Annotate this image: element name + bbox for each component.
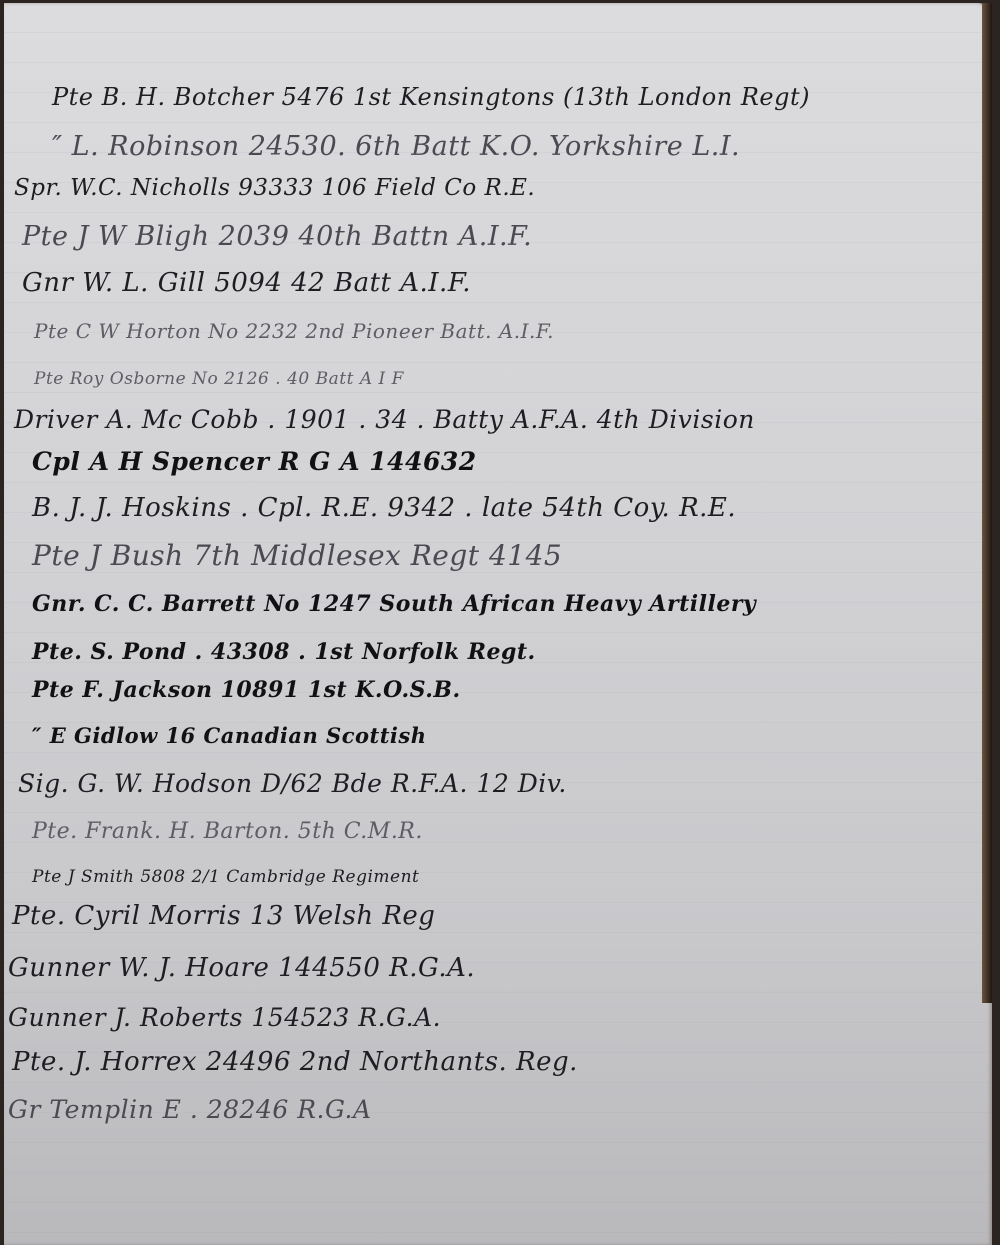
entry-line: Pte. S. Pond . 43308 . 1st Norfolk Regt. [32, 639, 536, 665]
entry-line: Gunner W. J. Hoare 144550 R.G.A. [8, 953, 475, 983]
entry-line: Pte. Cyril Morris 13 Welsh Reg [12, 901, 435, 931]
entry-line: ″ L. Robinson 24530. 6th Batt K.O. Yorks… [52, 131, 740, 162]
entry-line: Gr Templin E . 28246 R.G.A [8, 1095, 372, 1124]
entry-line: Spr. W.C. Nicholls 93333 106 Field Co R.… [14, 175, 535, 201]
register-page: Pte B. H. Botcher 5476 1st Kensingtons (… [4, 3, 992, 1245]
entry-line: Gnr. C. C. Barrett No 1247 South African… [32, 591, 756, 617]
entry-line: Pte J W Bligh 2039 40th Battn A.I.F. [22, 221, 532, 252]
entry-line: Pte B. H. Botcher 5476 1st Kensingtons (… [52, 83, 810, 111]
entry-line: Cpl A H Spencer R G A 144632 [32, 447, 477, 476]
entry-line: Sig. G. W. Hodson D/62 Bde R.F.A. 12 Div… [18, 769, 567, 798]
entry-line: Pte. Frank. H. Barton. 5th C.M.R. [32, 819, 423, 844]
entry-line: Pte J Smith 5808 2/1 Cambridge Regiment [32, 867, 419, 887]
entry-line: Gunner J. Roberts 154523 R.G.A. [8, 1003, 441, 1032]
entry-line: Pte Roy Osborne No 2126 . 40 Batt A I F [34, 369, 404, 389]
entry-line: Pte. J. Horrex 24496 2nd Northants. Reg. [12, 1047, 578, 1077]
entry-line: Pte C W Horton No 2232 2nd Pioneer Batt.… [34, 319, 554, 343]
entry-line: B. J. J. Hoskins . Cpl. R.E. 9342 . late… [32, 493, 736, 523]
entry-line: ″ E Gidlow 16 Canadian Scottish [32, 723, 426, 748]
entry-line: Pte J Bush 7th Middlesex Regt 4145 [32, 539, 562, 572]
entry-line: Pte F. Jackson 10891 1st K.O.S.B. [32, 677, 461, 703]
entry-line: Driver A. Mc Cobb . 1901 . 34 . Batty A.… [14, 405, 755, 434]
book-binding [982, 3, 992, 1003]
entry-line: Gnr W. L. Gill 5094 42 Batt A.I.F. [22, 268, 471, 298]
